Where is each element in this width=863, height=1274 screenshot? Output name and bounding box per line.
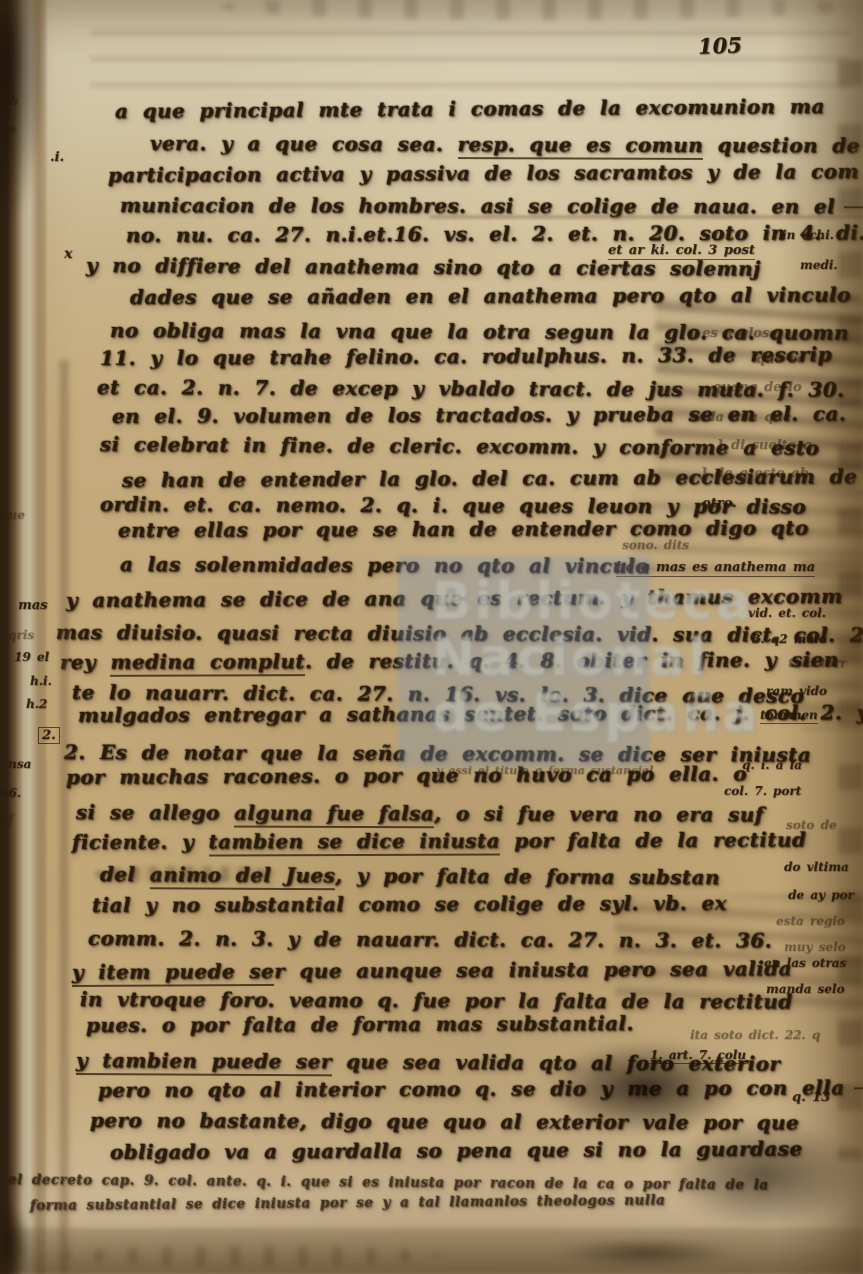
right-margin-note: tam torr xyxy=(788,656,846,670)
manuscript-line: pero no bastante, digo que quo al exteri… xyxy=(90,1108,799,1134)
left-margin-note: que xyxy=(0,508,25,522)
manuscript-line: rey medina complut. de restitu. q. 4. 8.… xyxy=(60,647,839,674)
manuscript-line: del animo del Jues, y por falta de forma… xyxy=(100,862,720,889)
right-margin-note: 1. art. 7. colu xyxy=(650,1048,746,1064)
left-margin-note: h.i. xyxy=(30,674,52,688)
manuscript-line: tial y no substantial como se colige de … xyxy=(92,891,727,917)
ink-stain xyxy=(60,1246,440,1266)
manuscript-line: pues. o por falta de forma mas substanti… xyxy=(86,1011,634,1037)
right-margin-note: } di suelto q xyxy=(716,438,812,453)
right-margin-note: soto de xyxy=(786,818,837,832)
right-margin-note: y assi el titulo q forma sustancial xyxy=(436,764,653,777)
manuscript-line: dades que se añaden en el anathema pero … xyxy=(130,282,851,309)
manuscript-line: mulgados entregar a sathanas sentet. sot… xyxy=(78,700,863,727)
right-margin-note: et ar ki. col. 3 post xyxy=(608,243,755,260)
right-margin-note: q. i. a la xyxy=(742,758,802,772)
right-margin-note: 3. q2 maio xyxy=(752,632,827,646)
manuscript-line: participacion activa y passiva de los sa… xyxy=(108,159,859,187)
right-margin-note: que se xyxy=(756,352,805,367)
manuscript-line: y anathema se dice de ana que es rectum.… xyxy=(66,584,843,612)
manuscript-line: a que principal mte trata i comas de la … xyxy=(115,94,825,123)
left-margin-note: ab xyxy=(2,94,18,108)
left-margin-note: h.2 xyxy=(26,697,47,711)
right-margin-note: muy selo xyxy=(784,940,846,954)
manuscript-line: municacion de los hombres. asi se colige… xyxy=(120,193,863,219)
left-margin-note: 66. xyxy=(0,786,21,800)
right-margin-note: tourmen xyxy=(760,708,818,724)
right-margin-note: cada una que xyxy=(690,410,791,425)
manuscript-line: ordin. et. ca. nemo. 2. q. i. que ques l… xyxy=(100,492,806,518)
right-margin-note: vid. et. col. xyxy=(748,606,826,620)
right-margin-note: esta regio xyxy=(776,914,845,928)
right-margin-note: otro. xyxy=(702,496,737,511)
left-margin-note: qris xyxy=(8,628,34,642)
manuscript-line: vera. y a que cosa sea. resp. que es com… xyxy=(150,131,863,158)
ink-stain xyxy=(0,1205,30,1274)
manuscript-line: si celebrat in fine. de cleric. excomm. … xyxy=(100,432,819,460)
left-margin-note: nsa xyxy=(8,757,31,771)
manuscript-line: a las solenmidades pero no qto al vincul… xyxy=(120,552,649,578)
manuscript-line: comm. 2. n. 3. y de nauarr. dict. ca. 27… xyxy=(88,926,772,952)
manuscript-line: 11. y lo que trahe felino. ca. rodulphus… xyxy=(100,342,832,370)
right-margin-note: } de q esto ab xyxy=(700,466,809,481)
right-margin-note: manda selo xyxy=(766,982,845,996)
manuscript-line: in vtroque foro. veamo q. fue por la fal… xyxy=(80,987,793,1013)
manuscript-line: forma substantial se dice iniusta por se… xyxy=(30,1192,666,1214)
left-margin-note: qe xyxy=(0,122,16,136)
ink-stain xyxy=(0,0,45,220)
ink-stain xyxy=(555,1238,735,1268)
right-margin-note: sono. dits xyxy=(622,538,689,552)
right-margin-note: quanq de lo xyxy=(712,380,802,395)
ink-stain xyxy=(0,1228,863,1274)
left-margin-note: 19 el xyxy=(14,650,49,664)
right-margin-note: col. 7. port xyxy=(724,784,801,798)
right-margin-note: y es a glosa xyxy=(688,326,778,341)
manuscript-line: el decreto cap. 9. col. ante. q. i. que … xyxy=(8,1172,769,1193)
left-margin-note: of xyxy=(0,812,13,826)
manuscript-line: pero no qto al interior como q. se dio y… xyxy=(98,1075,863,1102)
right-margin-note: ram vido xyxy=(766,684,827,698)
ink-stain xyxy=(56,360,72,1274)
right-margin-note: en las otras xyxy=(764,956,846,970)
manuscript-line: y item puede ser que aunque sea iniusta … xyxy=(72,956,792,984)
right-margin-note: q. 13 xyxy=(792,1090,830,1105)
right-margin-note: ha q mas es anathema ma xyxy=(616,560,815,577)
right-margin-note: ita soto dict. 22. q xyxy=(690,1028,820,1042)
left-margin-note: mas xyxy=(18,598,48,613)
manuscript-line: si se allego alguna fue falsa, o si fue … xyxy=(76,800,764,826)
manuscript-line: ficiente. y tambien se dice iniusta por … xyxy=(72,827,806,854)
right-margin-note: medi. xyxy=(800,258,837,272)
left-margin-note: x xyxy=(64,246,72,262)
ink-stain xyxy=(220,0,860,20)
left-margin-note: .i. xyxy=(50,150,64,165)
right-margin-note: de ay por xyxy=(788,888,854,902)
manuscript-page-scan: 105 a que principal mte trata i comas de… xyxy=(0,0,863,1274)
right-margin-note: in echi. xyxy=(782,228,834,242)
left-margin-note: 2. xyxy=(38,727,60,744)
manuscript-line: entre ellas por que se han de entender c… xyxy=(118,516,809,542)
manuscript-line: mas diuisio. quasi recta diuisio ab eccl… xyxy=(56,620,863,647)
folio-number: 105 xyxy=(698,32,743,59)
right-margin-note: do vltima xyxy=(784,860,849,874)
manuscript-line: obligado va a guardalla so pena que si n… xyxy=(110,1136,803,1164)
